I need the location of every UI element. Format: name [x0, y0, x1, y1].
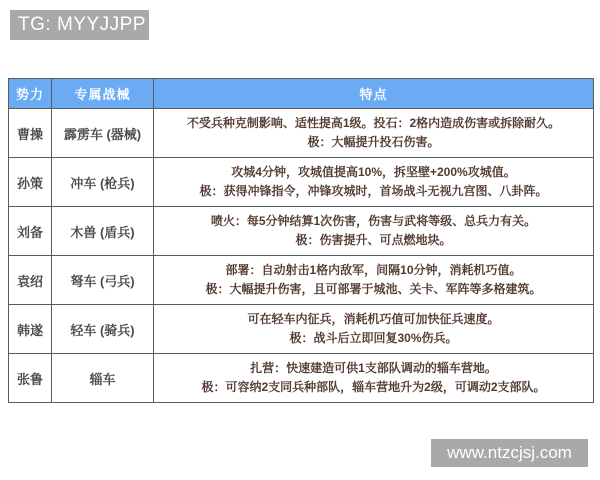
feature-cell: 攻城4分钟，攻城值提高10%，拆坚壁+200%攻城值。 极：获得冲锋指令，冲锋攻…	[154, 158, 594, 207]
table-row: 袁绍 弩车 (弓兵) 部署：自动射击1格内敌军，间隔10分钟，消耗机巧值。 极：…	[9, 256, 594, 305]
feature-cell: 可在轻车内征兵，消耗机巧值可加快征兵速度。 极：战斗后立即回复30%伤兵。	[154, 305, 594, 354]
weapon-cell: 霹雳车 (器械)	[52, 109, 154, 158]
weapon-cell: 轻车 (骑兵)	[52, 305, 154, 354]
feature-line-1: 可在轻车内征兵，消耗机巧值可加快征兵速度。	[158, 310, 589, 329]
feature-line-2: 极：伤害提升、可点燃地块。	[158, 231, 589, 250]
feature-line-2: 极：战斗后立即回复30%伤兵。	[158, 329, 589, 348]
table-body: 曹操 霹雳车 (器械) 不受兵种克制影响、适性提高1级。投石：2格内造成伤害或拆…	[9, 109, 594, 403]
faction-cell: 张鲁	[9, 354, 52, 403]
header-row: 势力 专属战械 特点	[9, 79, 594, 109]
feature-line-1: 喷火：每5分钟结算1次伤害，伤害与武将等级、总兵力有关。	[158, 212, 589, 231]
tg-tag-bar: TG: MYYJJPP	[10, 10, 149, 40]
weapon-cell: 木兽 (盾兵)	[52, 207, 154, 256]
feature-line-2: 极：可容纳2支同兵种部队，辎车营地升为2级，可调动2支部队。	[158, 378, 589, 397]
feature-line-2: 极：大幅提升伤害，且可部署于城池、关卡、军阵等多格建筑。	[158, 280, 589, 299]
column-header-features: 特点	[154, 79, 594, 109]
table-row: 孙策 冲车 (枪兵) 攻城4分钟，攻城值提高10%，拆坚壁+200%攻城值。 极…	[9, 158, 594, 207]
table-row: 刘备 木兽 (盾兵) 喷火：每5分钟结算1次伤害，伤害与武将等级、总兵力有关。 …	[9, 207, 594, 256]
feature-line-2: 极：大幅提升投石伤害。	[158, 133, 589, 152]
faction-cell: 曹操	[9, 109, 52, 158]
faction-cell: 韩遂	[9, 305, 52, 354]
feature-cell: 喷火：每5分钟结算1次伤害，伤害与武将等级、总兵力有关。 极：伤害提升、可点燃地…	[154, 207, 594, 256]
feature-cell: 不受兵种克制影响、适性提高1级。投石：2格内造成伤害或拆除耐久。 极：大幅提升投…	[154, 109, 594, 158]
table-header: 势力 专属战械 特点	[9, 79, 594, 109]
table-row: 曹操 霹雳车 (器械) 不受兵种克制影响、适性提高1级。投石：2格内造成伤害或拆…	[9, 109, 594, 158]
faction-cell: 刘备	[9, 207, 52, 256]
site-watermark: www.ntzcjsj.com	[431, 439, 588, 467]
table-row: 韩遂 轻车 (骑兵) 可在轻车内征兵，消耗机巧值可加快征兵速度。 极：战斗后立即…	[9, 305, 594, 354]
column-header-weapon: 专属战械	[52, 79, 154, 109]
weapon-cell: 冲车 (枪兵)	[52, 158, 154, 207]
feature-line-1: 攻城4分钟，攻城值提高10%，拆坚壁+200%攻城值。	[158, 163, 589, 182]
faction-cell: 孙策	[9, 158, 52, 207]
table-row: 张鲁 辎车 扎营：快速建造可供1支部队调动的辎车营地。 极：可容纳2支同兵种部队…	[9, 354, 594, 403]
faction-cell: 袁绍	[9, 256, 52, 305]
feature-line-2: 极：获得冲锋指令，冲锋攻城时，首场战斗无视九宫图、八卦阵。	[158, 182, 589, 201]
feature-cell: 扎营：快速建造可供1支部队调动的辎车营地。 极：可容纳2支同兵种部队，辎车营地升…	[154, 354, 594, 403]
faction-weapons-table: 势力 专属战械 特点 曹操 霹雳车 (器械) 不受兵种克制影响、适性提高1级。投…	[8, 78, 594, 403]
feature-line-1: 扎营：快速建造可供1支部队调动的辎车营地。	[158, 359, 589, 378]
feature-cell: 部署：自动射击1格内敌军，间隔10分钟，消耗机巧值。 极：大幅提升伤害，且可部署…	[154, 256, 594, 305]
column-header-faction: 势力	[9, 79, 52, 109]
feature-line-1: 部署：自动射击1格内敌军，间隔10分钟，消耗机巧值。	[158, 261, 589, 280]
weapon-cell: 弩车 (弓兵)	[52, 256, 154, 305]
feature-line-1: 不受兵种克制影响、适性提高1级。投石：2格内造成伤害或拆除耐久。	[158, 114, 589, 133]
weapon-cell: 辎车	[52, 354, 154, 403]
